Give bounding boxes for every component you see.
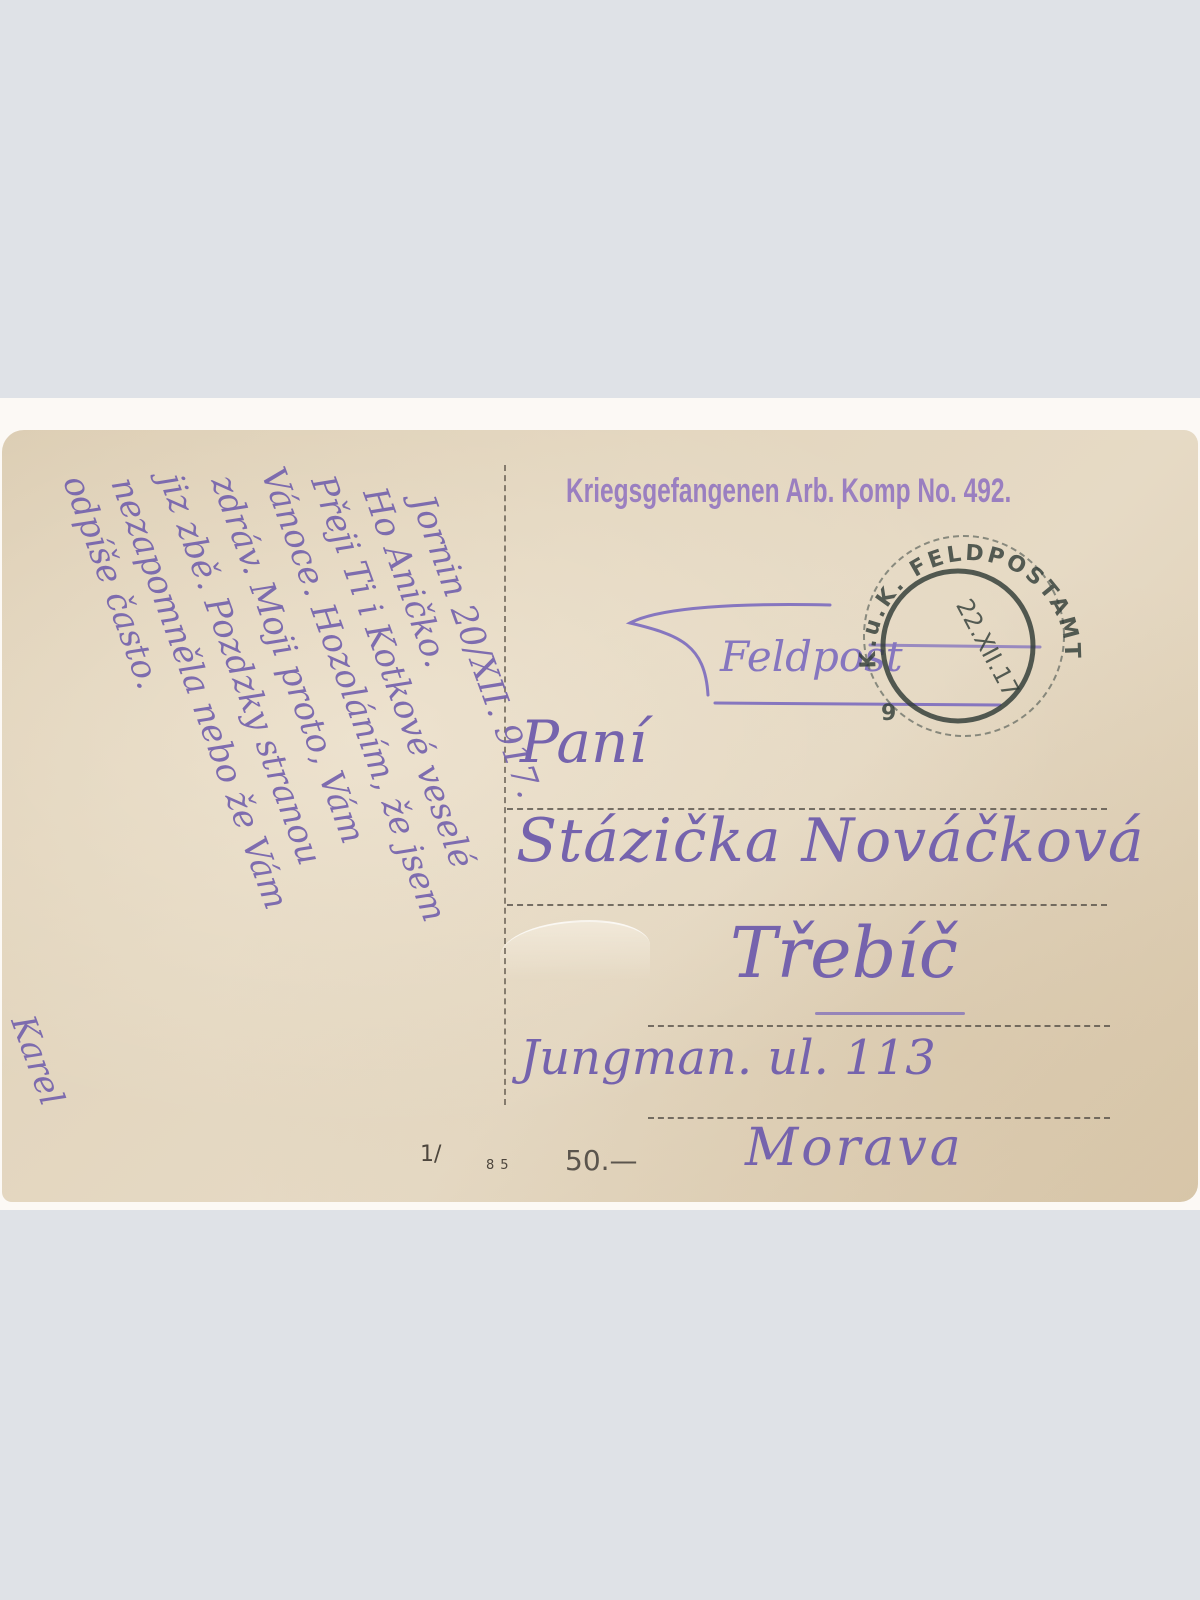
address-line-3 [648,1025,1110,1027]
postmark-number: 9 [881,701,896,726]
series-number: 85 [486,1158,515,1173]
address-line-2 [507,904,1107,906]
city-underline [815,1012,965,1015]
address-region: Morava [745,1118,964,1178]
address-recipient-name: Stázička Nováčková [516,806,1145,876]
postmark-date: 22.XII.17 [950,594,1025,702]
address-city: Třebíč [730,912,958,994]
pencil-price: 50.— [565,1144,638,1177]
fraction-mark: 1/ [420,1142,441,1167]
feldpostamt-postmark: K.u.K. FELDPOSTAMT 22.XII.17 9 [846,518,1086,748]
address-street: Jungman. ul. 113 [520,1030,936,1086]
prisoner-company-stamp: Kriegsgefangenen Arb. Komp No. 492. [566,472,1011,511]
